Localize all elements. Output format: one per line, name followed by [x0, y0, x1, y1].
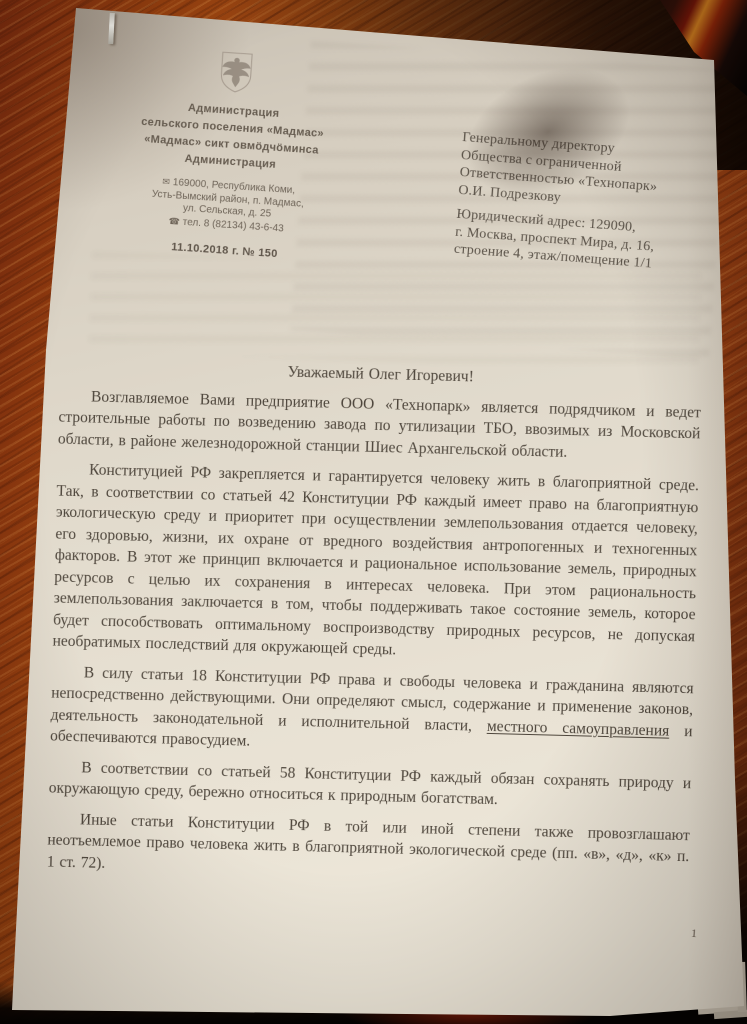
paragraph: В соответствии со статьей 58 Конституции… [49, 756, 692, 816]
photo-of-letter-on-table: Администрация сельского поселения «Мадма… [0, 0, 747, 1024]
page-number: 1 [690, 926, 697, 941]
paragraph: В силу статьи 18 Конституции РФ права и … [50, 661, 694, 764]
letterhead: Администрация сельского поселения «Мадма… [59, 39, 402, 267]
phone-icon: ☎ [168, 215, 180, 226]
mail-icon: ✉ [162, 176, 170, 186]
letter-body: Уважаемый Олег Игоревич! Возглавляемое В… [46, 356, 702, 899]
staple [108, 13, 115, 44]
komi-coat-of-arms-icon [216, 49, 257, 95]
paragraph: Возглавляемое Вами предприятие ООО «Техн… [58, 385, 701, 466]
paragraph: Иные статьи Конституции РФ в той или ино… [47, 808, 690, 889]
paragraph: Конституцией РФ закрепляется и гарантиру… [52, 459, 699, 669]
underlined-phrase: местного самоуправления [487, 717, 670, 739]
